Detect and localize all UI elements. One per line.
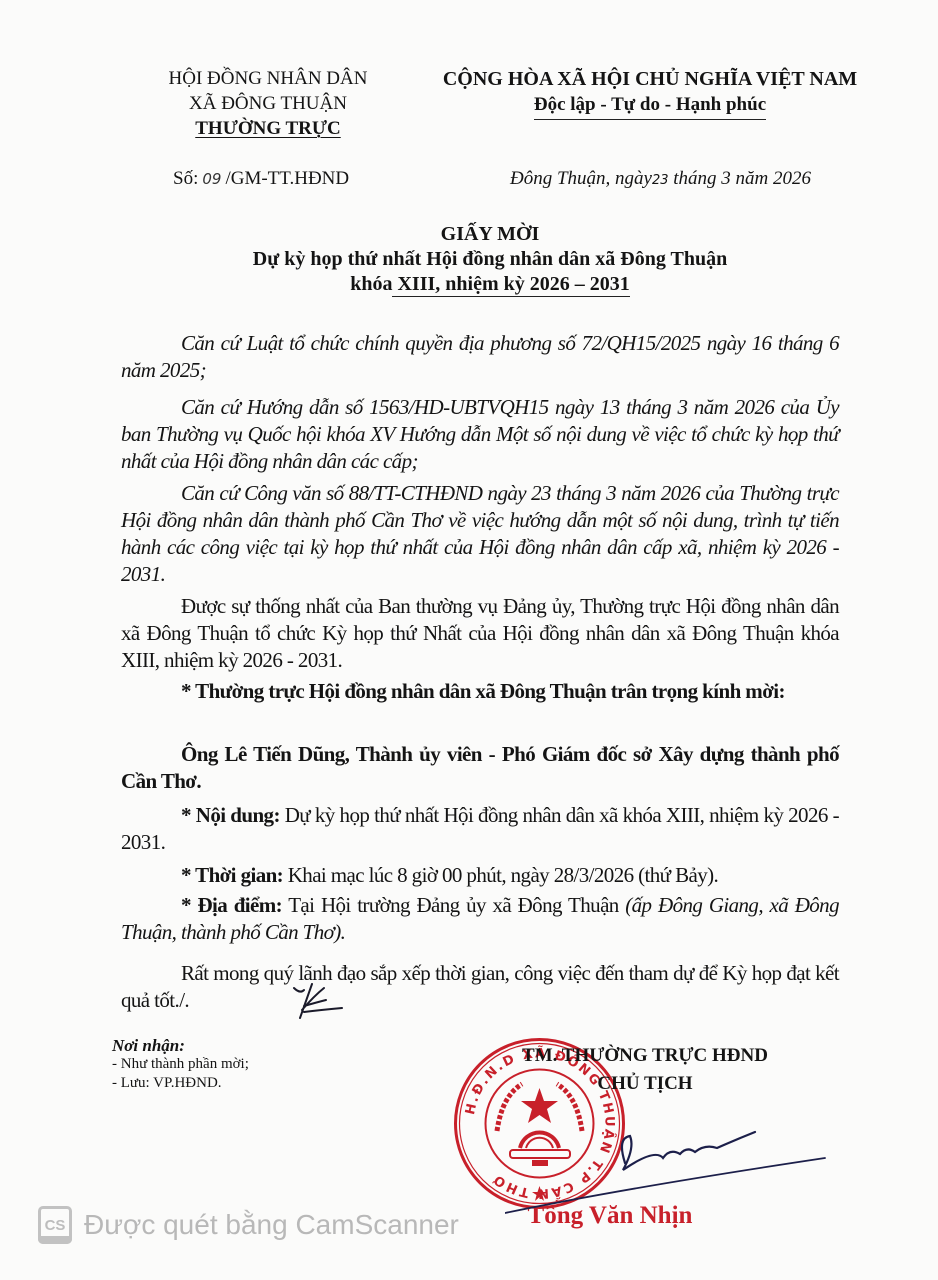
org-line-3: THƯỜNG TRỰC	[148, 116, 388, 141]
meeting-content: * Nội dung: Dự kỳ họp thứ nhất Hội đồng …	[121, 802, 839, 856]
issuing-authority: HỘI ĐỒNG NHÂN DÂN XÃ ĐÔNG THUẬN THƯỜNG T…	[148, 66, 388, 141]
legal-basis-1: Căn cứ Luật tổ chức chính quyền địa phươ…	[121, 330, 839, 384]
org-line-2: XÃ ĐÔNG THUẬN	[148, 91, 388, 116]
signatory-position: CHỦ TỊCH	[490, 1070, 800, 1098]
signatory-title: TM. THƯỜNG TRỰC HĐND CHỦ TỊCH	[490, 1042, 800, 1098]
intro-paragraph: Được sự thống nhất của Ban thường vụ Đản…	[121, 593, 839, 674]
national-header: CỘNG HÒA XÃ HỘI CHỦ NGHĨA VIỆT NAM Độc l…	[420, 66, 880, 120]
invitation-line: * Thường trực Hội đồng nhân dân xã Đông …	[121, 678, 839, 705]
meeting-place: * Địa điểm: Tại Hội trường Đảng ủy xã Đô…	[121, 892, 839, 946]
document-title: GIẤY MỜI Dự kỳ họp thứ nhất Hội đồng nhâ…	[150, 222, 830, 297]
watermark-text: Được quét bằng CamScanner	[84, 1209, 459, 1241]
handwritten-day: 23	[652, 173, 669, 188]
national-motto: Độc lập - Tự do - Hạnh phúc	[534, 92, 766, 120]
closing-paragraph: Rất mong quý lãnh đạo sắp xếp thời gian,…	[121, 960, 839, 1014]
title-term: khóa XIII, nhiệm kỳ 2026 – 2031	[150, 272, 830, 297]
invitation-document: HỘI ĐỒNG NHÂN DÂN XÃ ĐÔNG THUẬN THƯỜNG T…	[0, 0, 938, 1280]
on-behalf-of: TM. THƯỜNG TRỰC HĐND	[490, 1042, 800, 1070]
title-main: GIẤY MỜI	[150, 222, 830, 247]
invitee: Ông Lê Tiến Dũng, Thành ủy viên - Phó Gi…	[121, 741, 839, 795]
title-subject: Dự kỳ họp thứ nhất Hội đồng nhân dân xã …	[150, 247, 830, 272]
recipients: Nơi nhận: - Như thành phần mời; - Lưu: V…	[112, 1036, 249, 1093]
nation-name: CỘNG HÒA XÃ HỘI CHỦ NGHĨA VIỆT NAM	[420, 66, 880, 92]
initials-signature-icon	[290, 982, 350, 1024]
meeting-time: * Thời gian: Khai mạc lúc 8 giờ 00 phút,…	[121, 862, 839, 889]
recipient-item: - Như thành phần mời;	[112, 1055, 249, 1074]
document-number: Số:09/GM-TT.HĐND	[173, 168, 349, 190]
recipients-label: Nơi nhận:	[112, 1036, 249, 1055]
place-and-date: Đông Thuận, ngày23 tháng 3 năm 2026	[510, 168, 811, 190]
recipient-item: - Lưu: VP.HĐND.	[112, 1074, 249, 1093]
legal-basis-3: Căn cứ Công văn số 88/TT-CTHĐND ngày 23 …	[121, 480, 839, 588]
legal-basis-2: Căn cứ Hướng dẫn số 1563/HD-UBTVQH15 ngà…	[121, 394, 839, 475]
chairman-signature-icon	[505, 1118, 835, 1218]
org-line-1: HỘI ĐỒNG NHÂN DÂN	[148, 66, 388, 91]
handwritten-number: 09	[202, 170, 221, 188]
camscanner-watermark: CS Được quét bằng CamScanner	[38, 1206, 459, 1244]
camscanner-logo-icon: CS	[38, 1206, 72, 1244]
